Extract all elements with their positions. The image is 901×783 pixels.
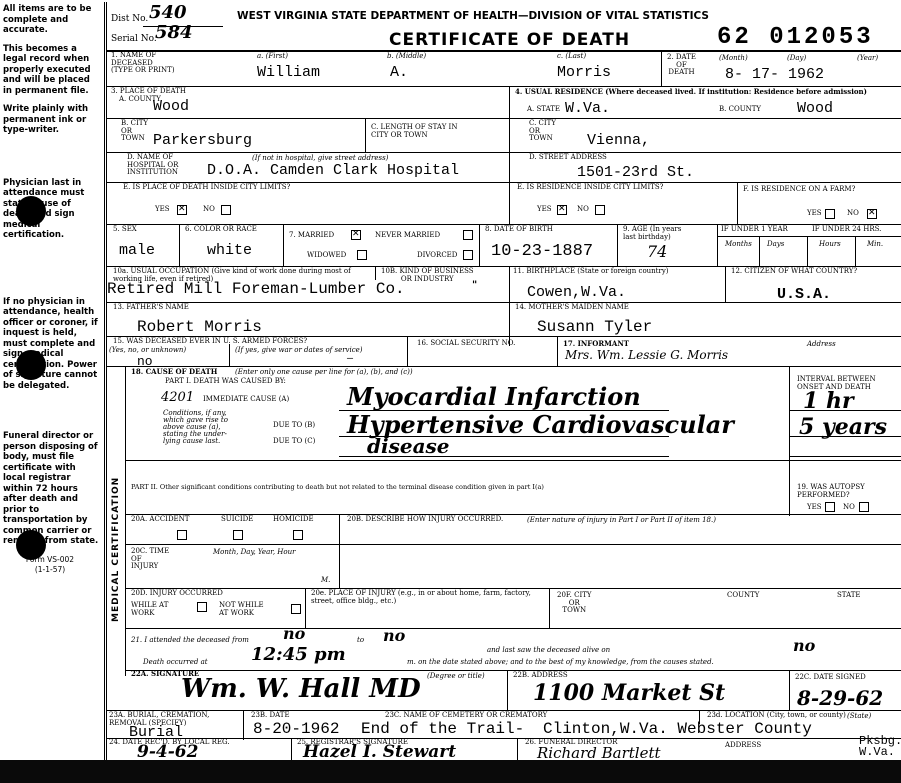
autopsy-no-checkbox[interactable] — [859, 502, 869, 512]
death-county: Wood — [153, 98, 189, 115]
suicide-checkbox[interactable] — [233, 530, 243, 540]
autopsy-yes-checkbox[interactable] — [825, 502, 835, 512]
fathers-name: Robert Morris — [137, 318, 262, 336]
dist-no: 540 — [149, 2, 187, 23]
instruction-note: Write plainly with permanent ink or type… — [3, 104, 100, 136]
last-name: Morris — [557, 64, 611, 81]
residence-inside-limits-no-checkbox[interactable] — [595, 205, 605, 215]
serial-no-label: Serial No. — [111, 34, 157, 44]
middle-name: A. — [390, 64, 408, 81]
injury-not-while-at-work-checkbox[interactable] — [291, 604, 301, 614]
death-time: 12:45 pm — [251, 644, 346, 665]
citizenship: U.S.A. — [777, 286, 831, 303]
instruction-note: Funeral director or person disposing of … — [3, 431, 100, 547]
residence-city: Vienna, — [587, 132, 650, 149]
service-dates: — — [347, 354, 353, 365]
instruction-note: All items are to be complete and accurat… — [3, 4, 100, 36]
instruction-note: This becomes a legal record when properl… — [3, 44, 100, 97]
injury-while-at-work-checkbox[interactable] — [197, 602, 207, 612]
residence-street: 1501-23rd St. — [577, 164, 694, 181]
medical-certification-label: MEDICAL CERTIFICATION — [111, 477, 121, 622]
residence-inside-limits-yes-checkbox[interactable] — [557, 205, 567, 215]
cause-code: 4201 — [161, 390, 194, 405]
race: white — [207, 242, 252, 259]
date-of-birth: 10-23-1887 — [491, 242, 593, 261]
mothers-maiden-name: Susann Tyler — [537, 318, 652, 336]
death-inside-limits-no-checkbox[interactable] — [221, 205, 231, 215]
last-saw-alive: no — [793, 636, 815, 655]
hospital-name: D.O.A. Camden Clark Hospital — [207, 162, 459, 179]
date-signed: 8-29-62 — [797, 686, 883, 710]
attended-to: no — [383, 626, 405, 645]
usual-occupation: Retired Mill Foreman-Lumber Co. — [107, 280, 405, 298]
instructions-sidebar: All items are to be complete and accurat… — [0, 0, 100, 760]
dist-no-label: Dist No. — [111, 14, 148, 24]
farm-yes-checkbox[interactable] — [825, 209, 835, 219]
burial-date: 8-20-1962 — [253, 720, 339, 738]
instruction-note: If no physician in attendance, health of… — [3, 297, 100, 392]
scan-border — [0, 760, 901, 783]
date-received: 9-4-62 — [137, 742, 198, 762]
residence-state: W.Va. — [565, 100, 610, 117]
registrar-signature: Hazel I. Stewart — [303, 742, 456, 762]
residence-county: Wood — [797, 100, 833, 117]
divorced-checkbox[interactable] — [463, 250, 473, 260]
age: 74 — [647, 242, 667, 261]
married-checkbox[interactable] — [351, 230, 361, 240]
department-title: WEST VIRGINIA STATE DEPARTMENT OF HEALTH… — [237, 10, 709, 22]
form-id: Form VS-002 — [0, 555, 100, 566]
death-inside-limits-yes-checkbox[interactable] — [177, 205, 187, 215]
date-of-death: 8- 17- 1962 — [725, 66, 824, 83]
cause-c: disease — [367, 434, 450, 458]
date-of-death-label: 2. DATE OF DEATH — [667, 54, 696, 77]
certificate-title: CERTIFICATE OF DEATH — [389, 30, 630, 50]
kind-of-business: " — [472, 280, 477, 291]
sex: male — [119, 242, 155, 259]
cemetery-location: Clinton,W.Va. Webster County — [543, 720, 812, 738]
widowed-checkbox[interactable] — [357, 250, 367, 260]
attended-from: no — [283, 624, 305, 643]
form-date: (1-1-57) — [0, 565, 100, 576]
first-name: William — [257, 64, 320, 81]
birthplace: Cowen,W.Va. — [527, 284, 626, 301]
never-married-checkbox[interactable] — [463, 230, 473, 240]
certificate-number: 62 012053 — [717, 24, 874, 51]
serial-no: 584 — [155, 22, 193, 43]
punch-hole-icon — [16, 530, 46, 560]
physician-signature: Wm. W. Hall MD — [181, 674, 421, 704]
accident-checkbox[interactable] — [177, 530, 187, 540]
death-city: Parkersburg — [153, 132, 252, 149]
funeral-director-address: Pksbg. W.Va. — [859, 736, 901, 758]
farm-no-checkbox[interactable] — [867, 209, 877, 219]
punch-hole-icon — [16, 196, 46, 226]
physician-address: 1100 Market St — [533, 680, 725, 706]
informant: Mrs. Wm. Lessie G. Morris — [565, 348, 728, 362]
death-certificate-form: Dist No. 540 Serial No. 584 WEST VIRGINI… — [104, 2, 901, 760]
punch-hole-icon — [16, 350, 46, 380]
cemetery-name: End of the Trail- — [361, 720, 524, 738]
cause-a: Myocardial Infarction — [347, 382, 641, 411]
homicide-checkbox[interactable] — [293, 530, 303, 540]
name-label: 1. NAME OF DECEASED (Type or print) — [111, 52, 175, 75]
